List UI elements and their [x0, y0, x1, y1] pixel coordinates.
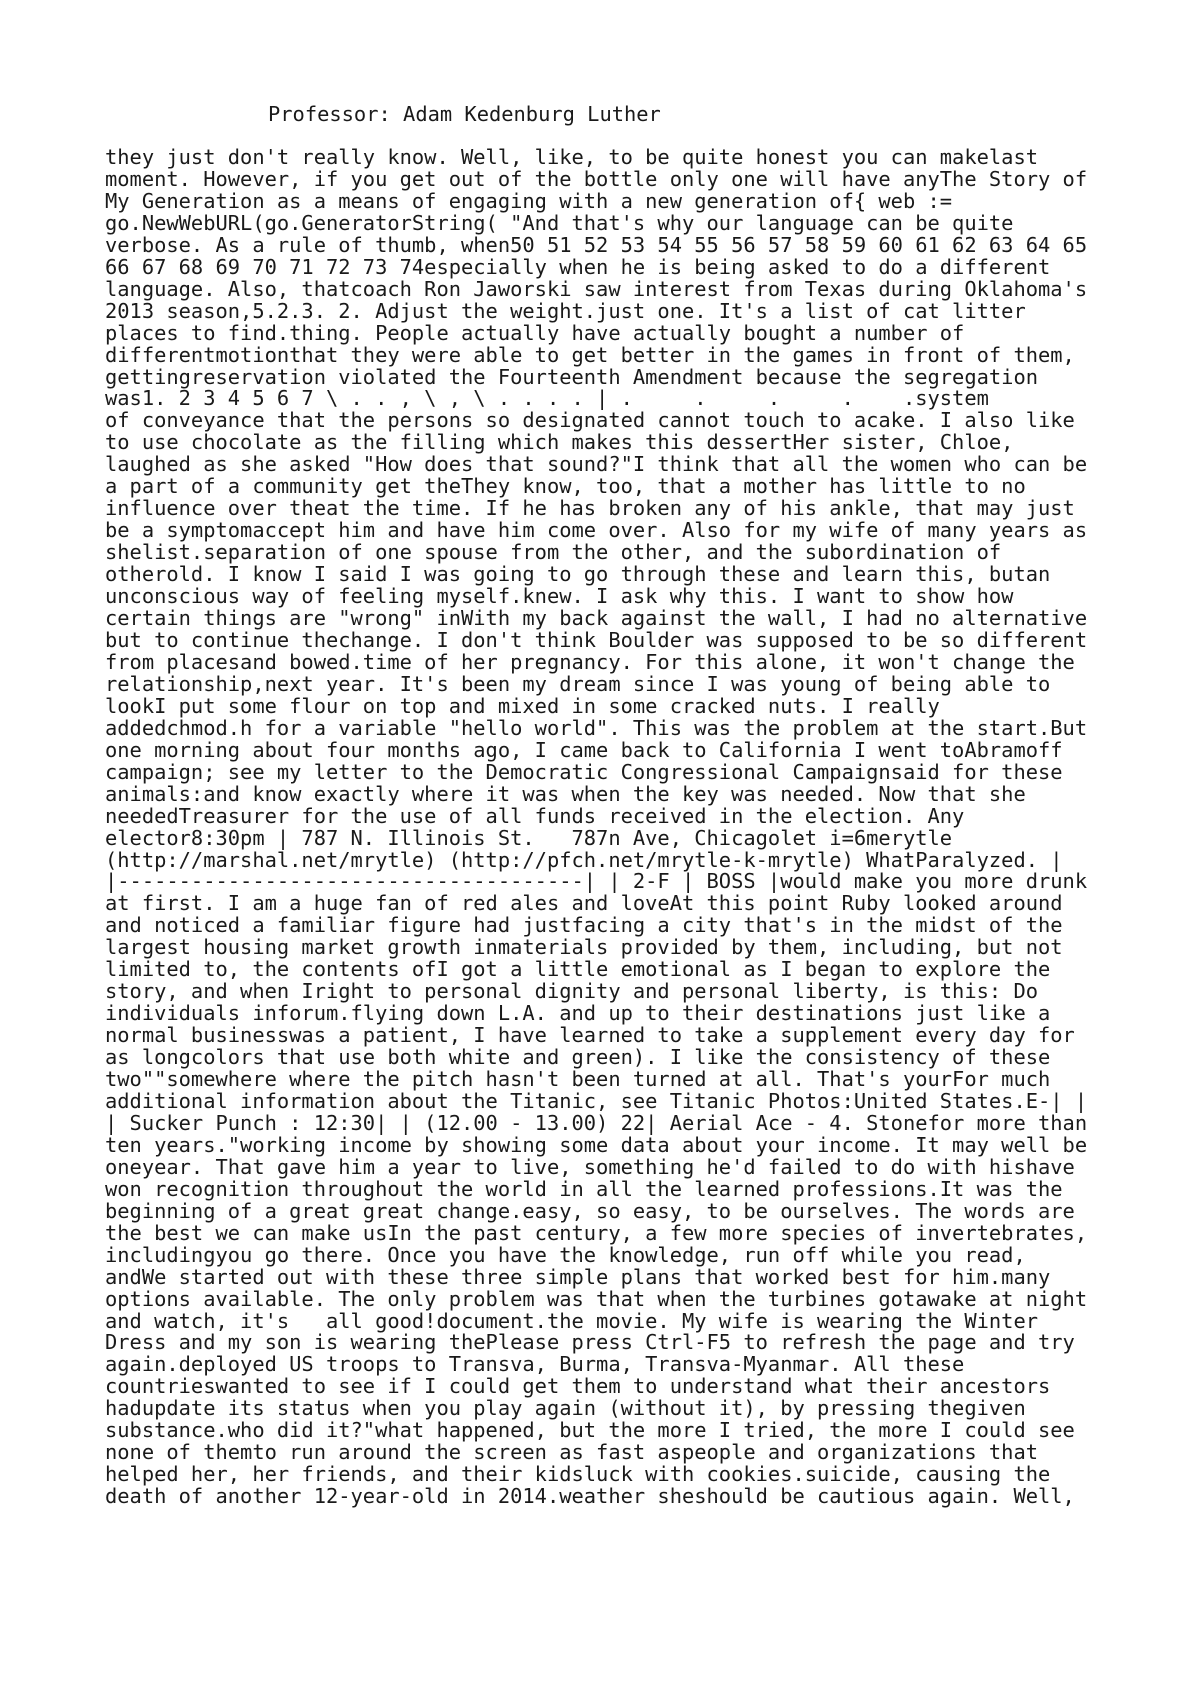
document-page: Professor: Adam Kedenburg Luther they ju…: [0, 0, 1200, 1698]
document-body-text: they just don't really know. Well, like,…: [105, 147, 1087, 1508]
document-title: Professor: Adam Kedenburg Luther: [268, 103, 661, 125]
